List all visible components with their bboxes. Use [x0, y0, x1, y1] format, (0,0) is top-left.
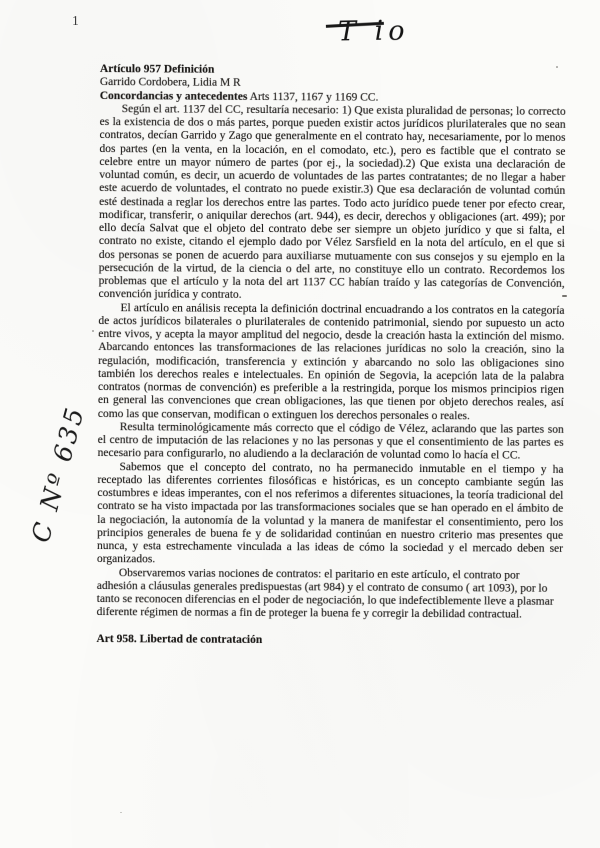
- scan-speck: [556, 66, 558, 68]
- article-paragraph: El artículo en análisis recepta la defin…: [98, 301, 565, 423]
- scan-speck: [562, 295, 567, 297]
- scan-speck: [548, 187, 550, 189]
- next-article-heading: Art 958. Libertad de contratación: [96, 632, 562, 648]
- concordances-references: Arts 1137, 1167 y 1169 CC.: [250, 90, 379, 103]
- page-number: 1: [72, 13, 79, 29]
- article-paragraph: Según el art. 1137 del CC, resultaría ne…: [99, 103, 566, 305]
- article-text-column: Artículo 957 Definición Garrido Cordober…: [96, 63, 566, 649]
- scan-speck: [120, 812, 122, 813]
- scanned-document-page: 1 T io C Nº 635 Artículo 957 Definición …: [0, 0, 600, 848]
- article-paragraph: Observaremos varias nociones de contrato…: [97, 566, 563, 622]
- handwritten-annotation-top: T io: [338, 15, 410, 47]
- handwritten-annotation-side: C Nº 635: [26, 402, 90, 545]
- article-paragraph: Resulta terminológicamente más correcto …: [98, 421, 564, 464]
- concordances-label: Concordancias y antecedentes: [100, 89, 248, 102]
- article-paragraph: Sabemos que el concepto del contrato, no…: [97, 460, 564, 569]
- scan-speck: [92, 330, 94, 332]
